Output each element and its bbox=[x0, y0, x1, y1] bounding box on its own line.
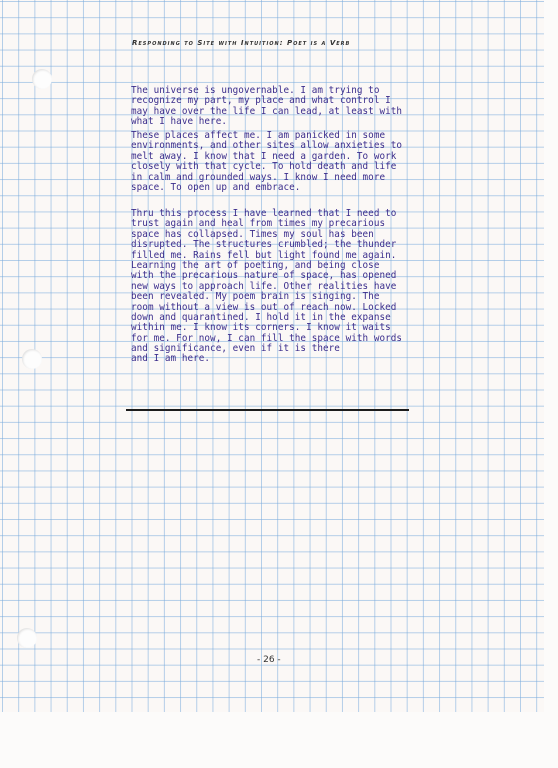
notebook-page: Responding to Site with Intuition: Poet … bbox=[0, 0, 558, 768]
paragraph-2: These places affect me. I am panicked in… bbox=[131, 131, 402, 193]
horizontal-rule bbox=[126, 409, 409, 411]
running-header: Responding to Site with Intuition: Poet … bbox=[132, 39, 350, 47]
paragraph-1: The universe is ungovernable. I am tryin… bbox=[131, 86, 402, 128]
paragraph-3: Thru this process I have learned that I … bbox=[131, 209, 396, 261]
hole-punch-top bbox=[32, 69, 52, 89]
paragraph-5: and I am here. bbox=[131, 354, 210, 364]
hole-punch-bottom bbox=[17, 628, 37, 648]
paragraph-4: Learning the art of poeting, and being c… bbox=[131, 261, 402, 355]
page-number: - 26 - bbox=[257, 655, 281, 665]
hole-punch-middle bbox=[22, 349, 42, 369]
